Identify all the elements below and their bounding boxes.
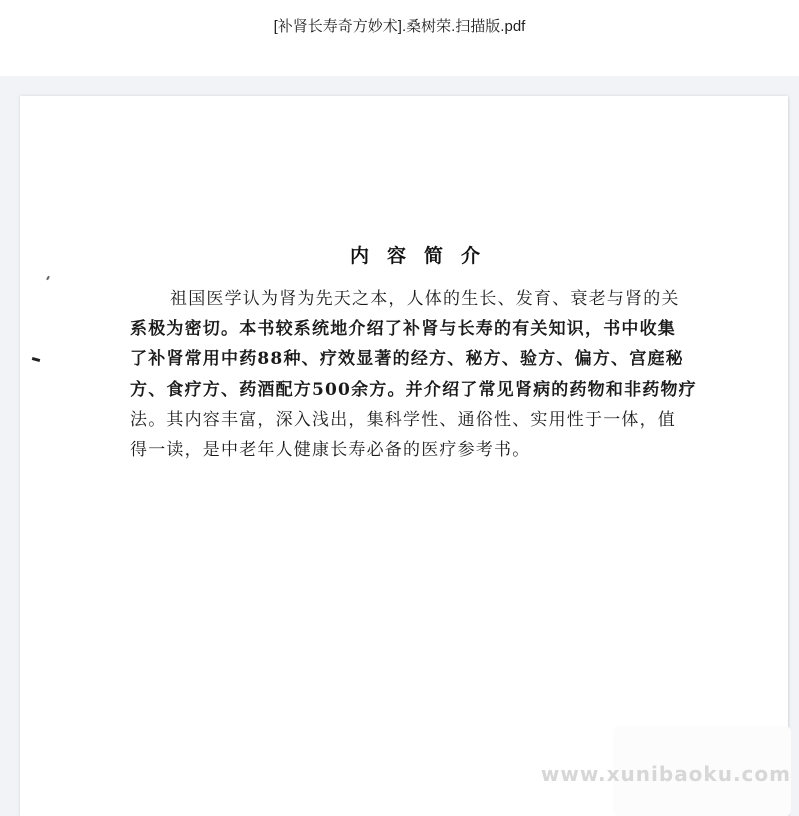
paragraph-line: 得一读，是中老年人健康长寿必备的医疗参考书。 <box>130 435 720 465</box>
paragraph-line: 方、食疗方、药酒配方500余方。并介绍了常见肾病的药物和非药物疗 <box>130 375 720 405</box>
paragraph-line: 法。其内容丰富，深入浅出，集科学性、通俗性、实用性于一体，值 <box>130 405 720 435</box>
pdf-page: 内容简介 祖国医学认为肾为先天之本，人体的生长、发育、衰老与肾的关 系极为密切。… <box>20 96 788 790</box>
paragraph-line: 祖国医学认为肾为先天之本，人体的生长、发育、衰老与肾的关 <box>130 284 720 314</box>
scan-artifact <box>32 357 41 362</box>
document-title: [补肾长寿奇方妙术].桑树荣.扫描版.pdf <box>0 15 799 36</box>
scan-artifact <box>46 276 50 280</box>
page-heading: 内容简介 <box>20 241 788 268</box>
paragraph-line: 了补肾常用中药88种、疗效显著的经方、秘方、验方、偏方、宫庭秘 <box>130 344 720 374</box>
watermark: www.xunibaoku.com <box>541 762 791 786</box>
summary-paragraph: 祖国医学认为肾为先天之本，人体的生长、发育、衰老与肾的关 系极为密切。本书较系统… <box>130 284 720 465</box>
document-header: [补肾长寿奇方妙术].桑树荣.扫描版.pdf <box>0 0 799 76</box>
paragraph-line: 系极为密切。本书较系统地介绍了补肾与长寿的有关知识，书中收集 <box>130 314 720 344</box>
pdf-viewer[interactable]: 内容简介 祖国医学认为肾为先天之本，人体的生长、发育、衰老与肾的关 系极为密切。… <box>0 76 799 790</box>
